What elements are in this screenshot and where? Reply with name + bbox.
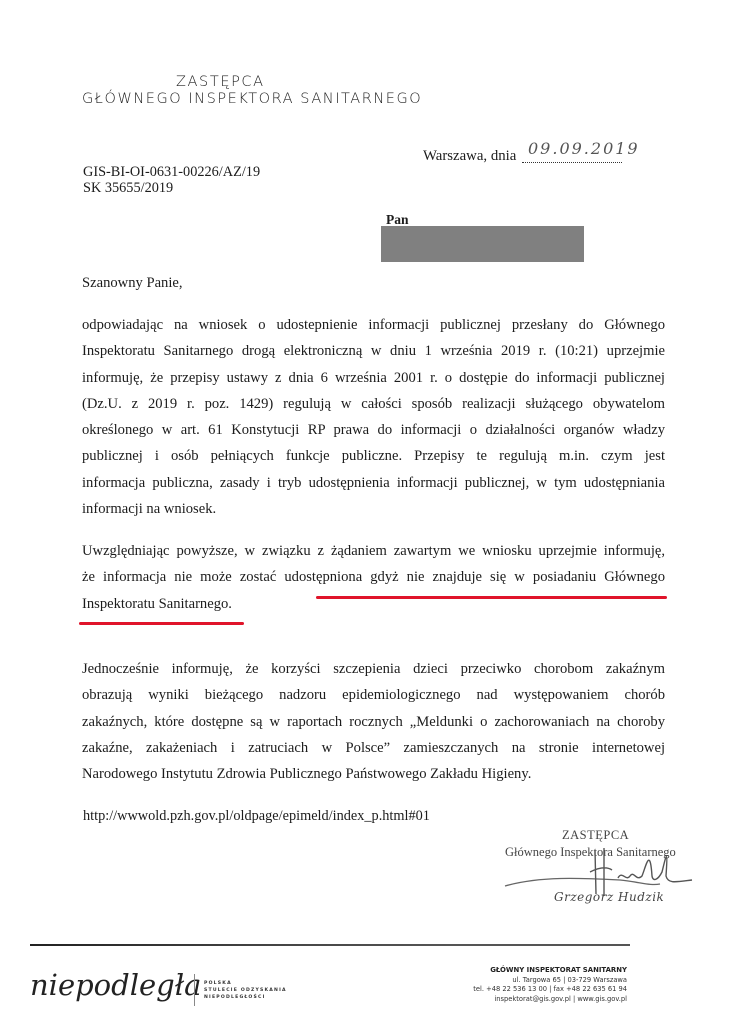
paragraph-line: określonego w art. 61 Konstytucji RP pra… — [82, 417, 665, 443]
paragraph-decision: Uwzględniając powyższe, w związku z żąda… — [82, 538, 665, 617]
paragraph-legal-basis: odpowiadając na wniosek o udostepnienie … — [82, 312, 665, 522]
handwritten-date: 09.09.2019 — [528, 139, 640, 158]
institution-name: GŁÓWNY INSPEKTORAT SANITARNY — [473, 966, 627, 976]
case-number: GIS-BI-OI-0631-00226/AZ/19 — [83, 164, 260, 180]
reference-link[interactable]: http://wwwold.pzh.gov.pl/oldpage/epimeld… — [83, 808, 430, 825]
paragraph-line: Inspektoratu Sanitarnego drogą elektroni… — [82, 338, 665, 364]
paragraph-line: informuję, że przepisy ustawy z dnia 6 w… — [82, 365, 665, 391]
paragraph-line: Narodowego Instytutu Zdrowia Publicznego… — [82, 761, 665, 787]
paragraph-line: (Dz.U. z 2019 r. poz. 1429) regulują w c… — [82, 391, 665, 417]
paragraph-line: Jednocześnie informuję, że korzyści szcz… — [82, 656, 665, 682]
paragraph-line: obrazują wyniki bieżącego nadzoru epidem… — [82, 682, 665, 708]
logo-caption: POLSKA STULECIE ODZYSKANIA NIEPODLEGŁOŚC… — [204, 980, 287, 1002]
footer-divider — [30, 944, 630, 946]
redacted-recipient-name — [381, 226, 584, 262]
logo-caption-line: STULECIE ODZYSKANIA — [204, 987, 287, 994]
paragraph-line: informacja publiczna, zasady i tryb udos… — [82, 470, 665, 496]
logo-caption-line: POLSKA — [204, 980, 287, 987]
date-dotted-field: 09.09.2019 — [522, 148, 622, 165]
greeting: Szanowny Panie, — [82, 275, 183, 292]
paragraph-line: publicznej i osób pełniących funkcje pub… — [82, 443, 665, 469]
institution-address: ul. Targowa 65 | 03-729 Warszawa — [473, 976, 627, 986]
institution-phone-fax: tel. +48 22 536 13 00 | fax +48 22 635 6… — [473, 985, 627, 995]
place-date-label: Warszawa, dnia — [423, 148, 516, 164]
sk-number: SK 35655/2019 — [83, 180, 173, 196]
paragraph-line: Inspektoratu Sanitarnego. — [82, 591, 665, 617]
paragraph-line: Uwzględniając powyższe, w związku z żąda… — [82, 538, 665, 564]
logo-caption-line: NIEPODLEGŁOŚCI — [204, 994, 287, 1001]
niepodlegla-logo-script: niepodległa — [30, 968, 201, 1002]
paragraph-line: informacji na wniosek. — [82, 496, 665, 522]
dotted-line — [522, 162, 622, 163]
paragraph-line: odpowiadając na wniosek o udostepnienie … — [82, 312, 665, 338]
signatory-name: Grzegorz Hudzik — [554, 890, 664, 904]
paragraph-vaccination-info: Jednocześnie informuję, że korzyści szcz… — [82, 656, 665, 787]
signature-block: ZASTĘPCA Głównego Inspektora Sanitarnego… — [490, 818, 720, 918]
logo-separator — [194, 974, 195, 1006]
paragraph-line: że informacja nie może zostać udostępnio… — [82, 564, 665, 590]
letterhead-title-line1: ZASTĘPCA — [176, 74, 265, 90]
footer-contact: GŁÓWNY INSPEKTORAT SANITARNY ul. Targowa… — [473, 966, 627, 1004]
highlight-underline — [79, 622, 244, 625]
paragraph-line: zakaźnych, które dostępne są w raportach… — [82, 709, 665, 735]
letterhead-title-line2: GŁÓWNEGO INSPEKTORA SANITARNEGO — [82, 91, 422, 107]
paragraph-line: zakaźne, zakażeniach i zatruciach w Pols… — [82, 735, 665, 761]
institution-email-web: inspektorat@gis.gov.pl | www.gis.gov.pl — [473, 995, 627, 1005]
place-date: Warszawa, dnia 09.09.2019 — [423, 148, 622, 165]
highlight-underline — [316, 596, 667, 599]
handwritten-signature-icon — [500, 836, 700, 896]
